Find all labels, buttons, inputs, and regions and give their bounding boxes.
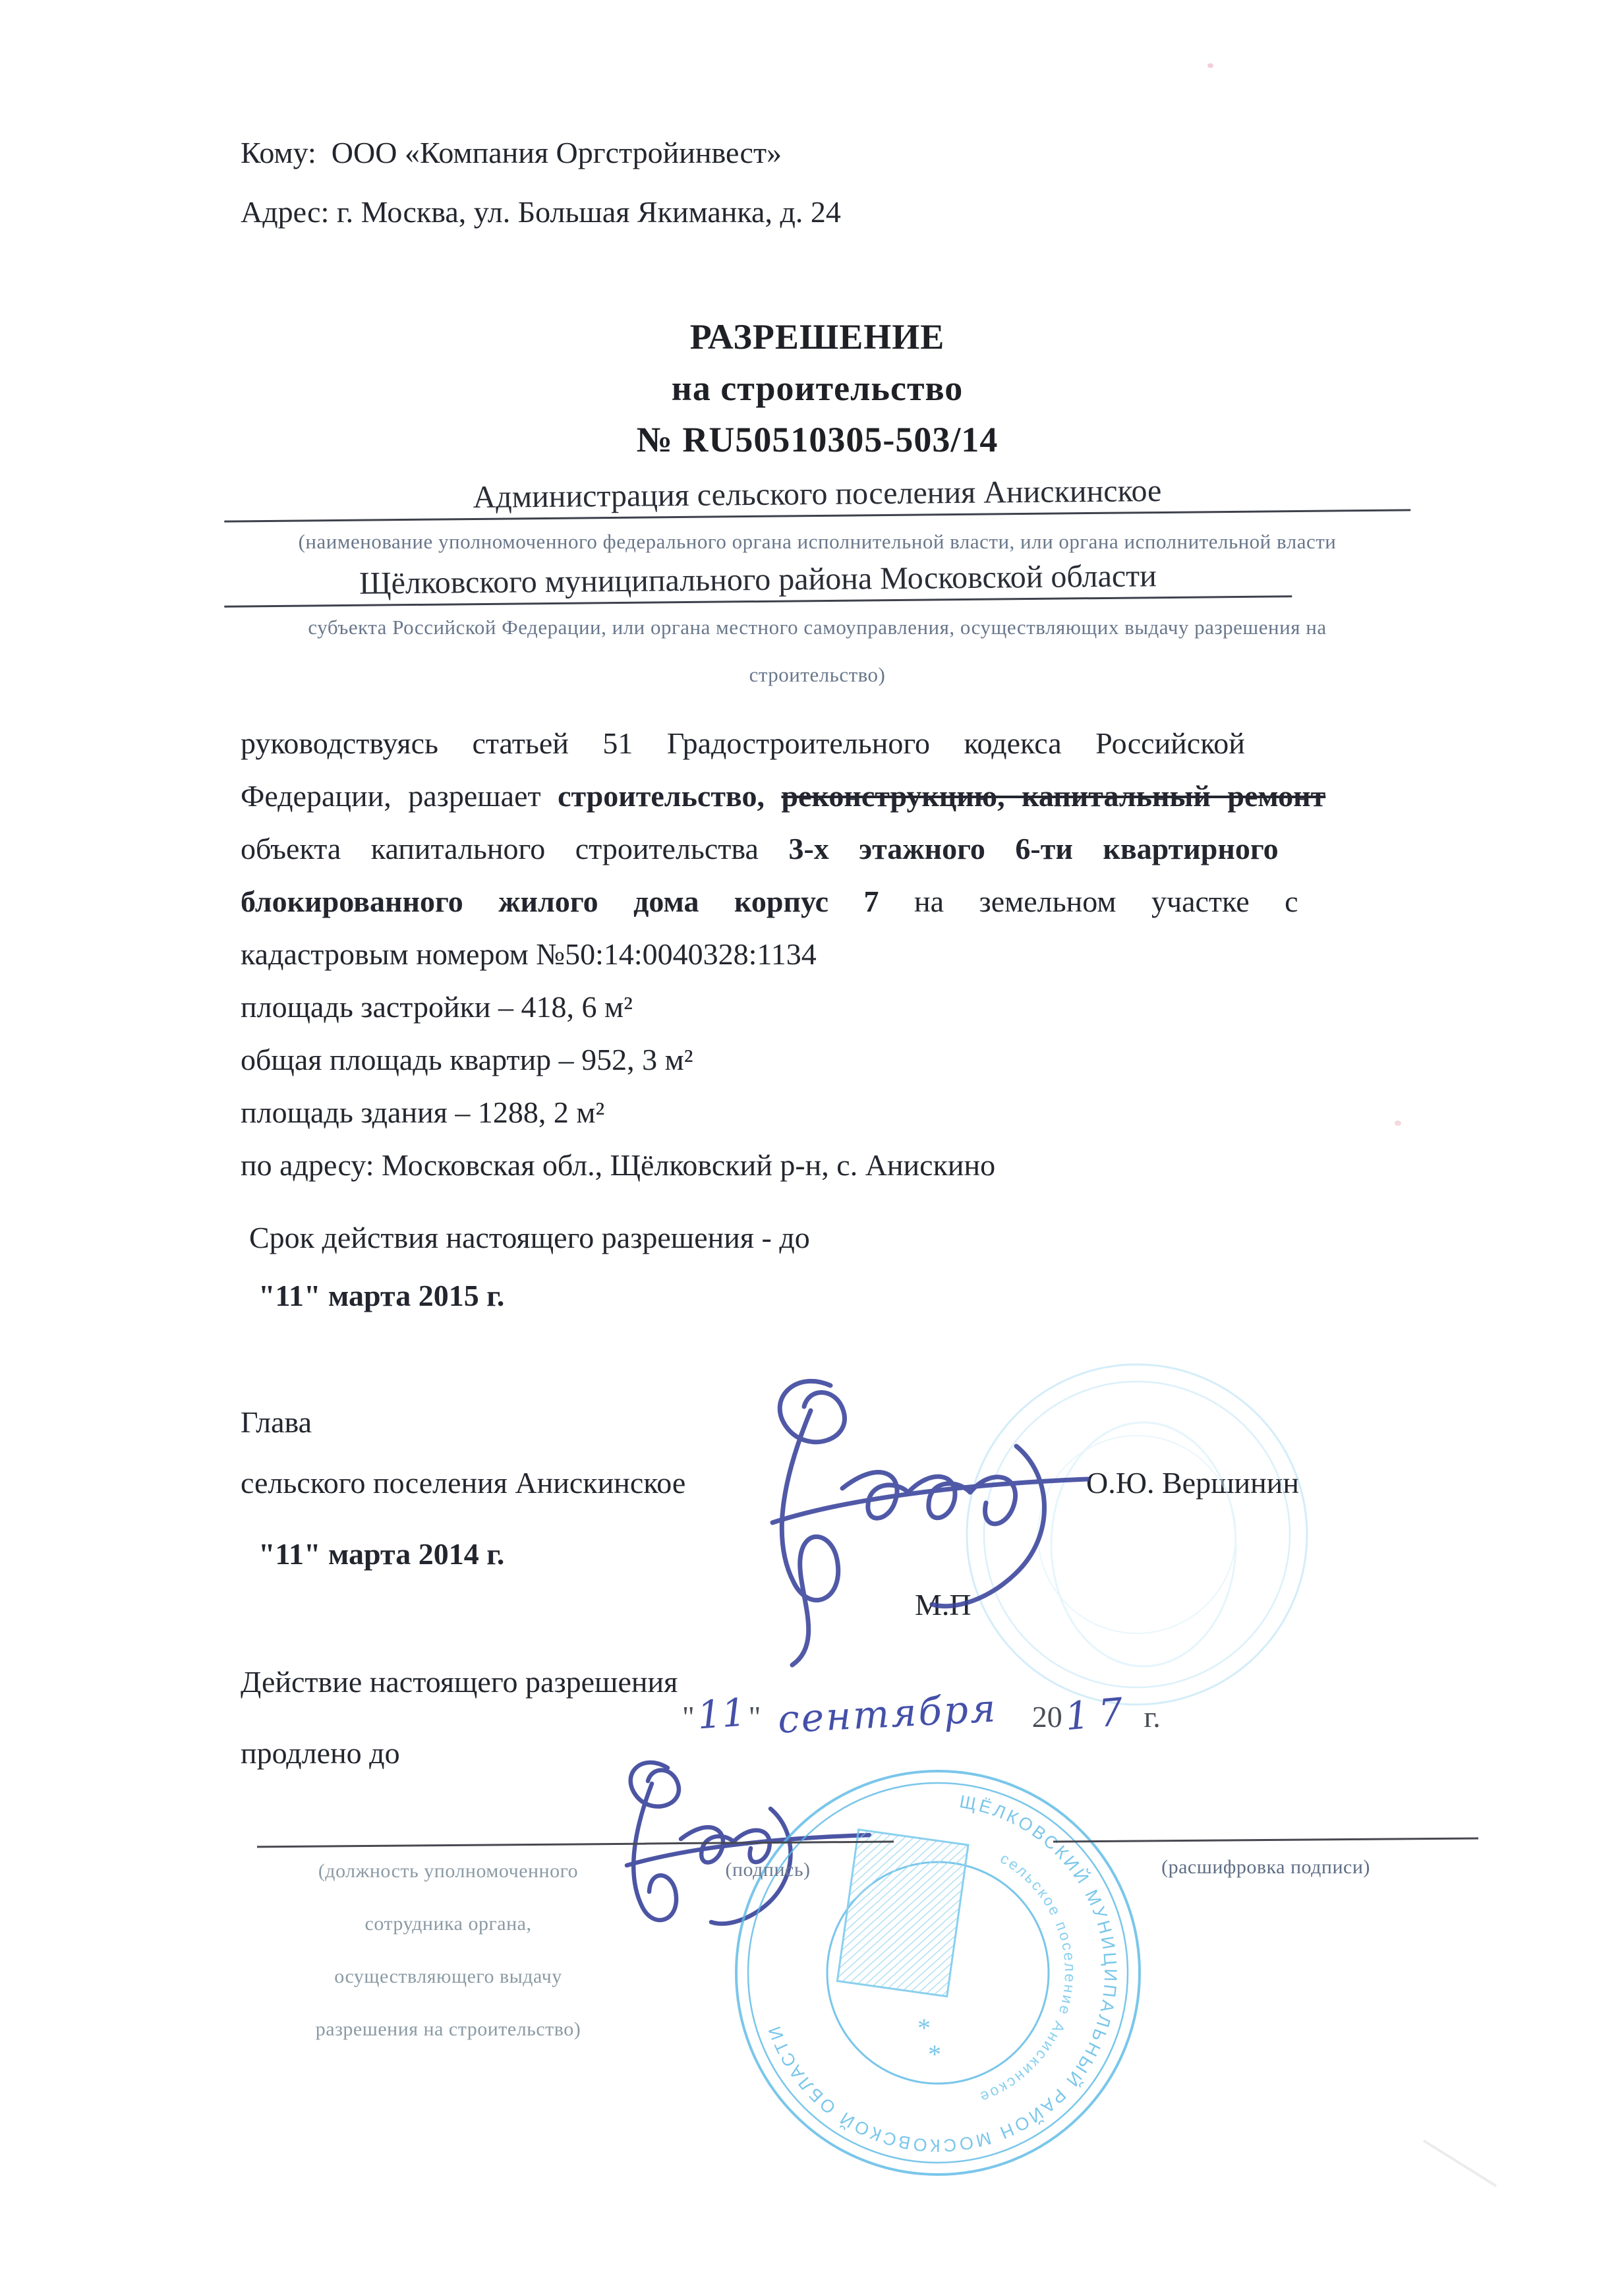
title-subtitle: на строительство	[448, 363, 1186, 414]
document-page: Кому: ООО «Компания Оргстройинвест» Адре…	[0, 0, 1624, 2278]
authority-name-line-2: Щёлковского муниципального района Москов…	[224, 556, 1292, 608]
validity-text: Срок действия настоящего разрешения - до	[249, 1212, 810, 1264]
stamp-ring-text-inner: сельское поселение Анискинское	[976, 1850, 1079, 2107]
body-text: объекта капитального строительства	[241, 832, 788, 865]
body-line: Федерации, разрешает строительство, реко…	[241, 770, 1440, 823]
signature-caption: (подпись)	[656, 1859, 880, 1881]
cadastre-number-line: кадастровым номером №50:14:0040328:1134	[241, 928, 1440, 981]
built-area-line: площадь застройки – 418, 6 м²	[241, 981, 1440, 1034]
scan-speck	[1207, 63, 1213, 68]
footer-caption-line: осуществляющего выдачу	[217, 1966, 679, 1988]
authority-caption-2: субъекта Российской Федерации, или орган…	[224, 616, 1410, 639]
authority-name-text-1: Администрация сельского поселения Аниски…	[224, 470, 1410, 517]
position-signature-rule	[257, 1843, 646, 1848]
scan-speck	[1395, 1121, 1401, 1126]
handwritten-year: 17	[1063, 1689, 1134, 1739]
body-text-bold: строительство,	[558, 779, 781, 813]
permit-body: руководствуясь статьей 51 Градостроитель…	[241, 717, 1440, 1192]
authority-name-text-2: Щёлковского муниципального района Москов…	[224, 556, 1292, 603]
authority-caption-3: строительство)	[224, 663, 1410, 687]
handwritten-month: сентября	[777, 1685, 999, 1741]
footer-caption-line: (должность уполномоченного	[217, 1860, 679, 1883]
svg-text:сельское поселение Анискинское: сельское поселение Анискинское	[976, 1850, 1079, 2107]
permit-number: № RU50510305-503/14	[448, 414, 1186, 465]
recipient-address-line: Адрес: г. Москва, ул. Большая Якиманка, …	[241, 186, 841, 239]
stamp-asterisk: *	[917, 2013, 931, 2043]
extension-text-1: Действие настоящего разрешения	[241, 1656, 678, 1708]
extension-text-2: продлено до	[241, 1727, 400, 1780]
authority-name-line-1: Администрация сельского поселения Аниски…	[224, 470, 1411, 522]
recipient-to-line: Кому: ООО «Компания Оргстройинвест»	[241, 127, 782, 179]
building-area-line: площадь здания – 1288, 2 м²	[241, 1086, 1440, 1139]
document-title: РАЗРЕШЕНИЕ на строительство № RU50510305…	[448, 311, 1186, 465]
round-stamp-main: ЩЁЛКОВСКИЙ МУНИЦИПАЛЬНЫЙ РАЙОН МОСКОВСКО…	[730, 1765, 1145, 2180]
title-word: РАЗРЕШЕНИЕ	[448, 311, 1186, 363]
quote-mark: "	[749, 1700, 761, 1734]
handwritten-day: 11	[695, 1690, 747, 1738]
stamp-asterisk: *	[928, 2039, 941, 2069]
year-suffix: г.	[1144, 1700, 1161, 1734]
signer-position-line-1: Глава	[241, 1396, 312, 1449]
footer-caption-line: сотрудника органа,	[217, 1913, 679, 1935]
signing-date: "11" марта 2014 г.	[258, 1528, 504, 1581]
apartments-area-line: общая площадь квартир – 952, 3 м²	[241, 1034, 1440, 1086]
transcript-caption: (расшифровка подписи)	[1053, 1856, 1478, 1879]
body-line: блокированного жилого дома корпус 7 на з…	[241, 875, 1440, 928]
body-line: руководствуясь статьей 51 Градостроитель…	[241, 717, 1440, 770]
body-text: на земельном участке с	[879, 885, 1298, 918]
signature-head	[732, 1359, 1107, 1676]
footer-left-captions: (должность уполномоченного сотрудника ор…	[217, 1860, 679, 2041]
body-line: объекта капитального строительства 3-х э…	[241, 823, 1440, 875]
body-text-bold: 3-х этажного 6-ти квартирного	[788, 832, 1278, 865]
object-address-line: по адресу: Московская обл., Щёлковский р…	[241, 1139, 1440, 1192]
validity-date: "11" марта 2015 г.	[258, 1270, 504, 1322]
stamp-emblem	[837, 1830, 968, 1997]
authority-caption-1: (наименование уполномоченного федерально…	[217, 530, 1417, 554]
quote-mark: "	[682, 1700, 695, 1734]
body-text: Федерации, разрешает	[241, 779, 558, 813]
body-text-struck: реконструкцию, капитальный ремонт	[781, 779, 1325, 813]
footer-caption-line: разрешения на строительство)	[217, 2018, 679, 2041]
year-printed-prefix: 20	[1032, 1700, 1062, 1734]
signer-position-line-2: сельского поселения Анискинское	[241, 1457, 685, 1509]
body-text-bold: блокированного жилого дома корпус 7	[241, 885, 879, 918]
pencil-mark	[1423, 2140, 1497, 2187]
extension-handwritten-date: " 11 " сентября 20 17 г.	[682, 1691, 1161, 1736]
